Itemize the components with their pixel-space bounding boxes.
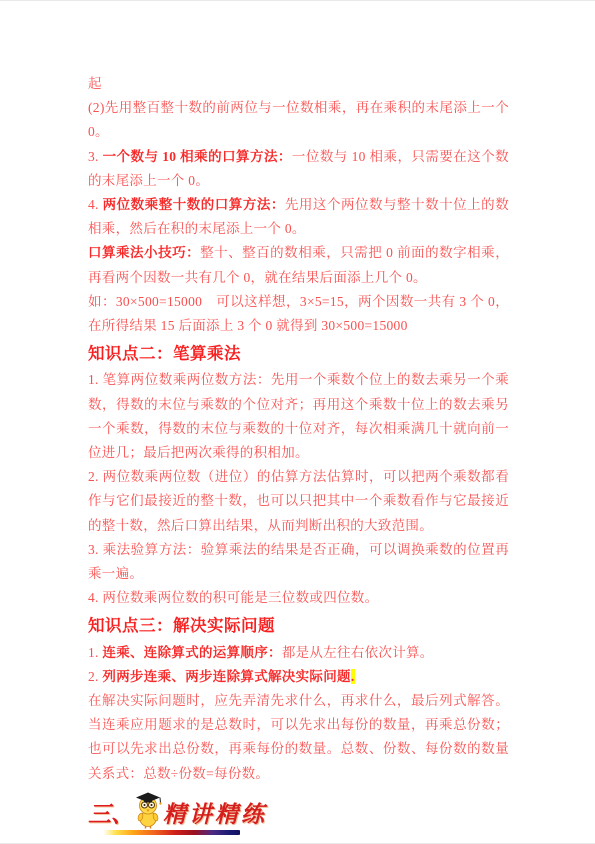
list-number: 3.	[88, 149, 103, 164]
section-banner: 三、	[88, 796, 240, 835]
paragraph-written-3: 3. 乘法验算方法：验算乘法的结果是否正确，可以调换乘数的位置再乘一遍。	[88, 538, 509, 586]
paragraph-rule-4: 4. 两位数乘整十数的口算方法：先用这个两位数与整十数十位上的数相乘，然后在积的…	[88, 193, 509, 241]
list-number: 4.	[88, 197, 103, 212]
rule-title: 两位数乘整十数的口算方法：	[103, 197, 285, 212]
paragraph-rule-2: (2)先用整百整十数的前两位与一位数相乘，再在乘积的末尾添上一个 0。	[88, 96, 509, 144]
text-run: 如：30×500=15000 可以这样想，3×5=15，两个因数一共有 3 个 …	[88, 294, 509, 333]
text-run: 1. 笔算两位数乘两位数方法：先用一个乘数个位上的数去乘另一个乘数，得数的末位与…	[88, 372, 509, 460]
text-run: (2)先用整百整十数的前两位与一位数相乘，再在乘积的末尾添上一个 0。	[88, 100, 509, 139]
text-run: 2. 两位数乘两位数（进位）的估算方法估算时，可以把两个乘数都看作与它们最接近的…	[88, 469, 509, 532]
rule-title: 连乘、连除算式的运算顺序：	[102, 645, 281, 660]
paragraph-solve-3: 在解决实际问题时，应先弄清先求什么，再求什么，最后列式解答。当连乘应用题求的是总…	[88, 689, 509, 786]
graduate-chick-icon	[135, 792, 162, 829]
text-run: 都是从左往右依次计算。	[282, 645, 434, 660]
paragraph-written-2: 2. 两位数乘两位数（进位）的估算方法估算时，可以把两个乘数都看作与它们最接近的…	[88, 465, 509, 538]
rule-title: 口算乘法小技巧：	[88, 245, 200, 260]
paragraph-continuation: 起	[88, 72, 509, 96]
paragraph-example: 如：30×500=15000 可以这样想，3×5=15，两个因数一共有 3 个 …	[88, 290, 509, 338]
section-heading-3: 知识点三：解决实际问题	[88, 614, 509, 638]
banner-section-number: 三、	[88, 796, 134, 829]
paragraph-tips: 口算乘法小技巧：整十、整百的数相乘，只需把 0 前面的数字相乘，再看两个因数一共…	[88, 241, 509, 289]
document-body: 起 (2)先用整百整十数的前两位与一位数相乘，再在乘积的末尾添上一个 0。 3.…	[88, 72, 509, 835]
banner-gradient-underline	[104, 830, 240, 835]
paragraph-written-4: 4. 两位数乘两位数的积可能是三位数或四位数。	[88, 586, 509, 610]
rule-title: 一个数与 10 相乘的口算方法：	[103, 149, 292, 164]
paragraph-solve-2: 2. 列两步连乘、两步连除算式解决实际问题.	[88, 665, 509, 689]
text-run: 3. 乘法验算方法：验算乘法的结果是否正确，可以调换乘数的位置再乘一遍。	[88, 542, 509, 581]
paragraph-rule-3: 3. 一个数与 10 相乘的口算方法：一位数与 10 相乘，只需要在这个数的末尾…	[88, 145, 509, 193]
rule-title: 列两步连乘、两步连除算式解决实际问题	[102, 669, 350, 684]
document-page: 起 (2)先用整百整十数的前两位与一位数相乘，再在乘积的末尾添上一个 0。 3.…	[0, 0, 595, 844]
list-number: 1.	[88, 645, 102, 660]
highlighted-period: .	[351, 669, 355, 684]
banner-title: 精讲精练	[163, 796, 267, 829]
list-number: 2.	[88, 669, 102, 684]
paragraph-solve-1: 1. 连乘、连除算式的运算顺序：都是从左往右依次计算。	[88, 641, 509, 665]
banner-row: 三、	[88, 796, 240, 829]
paragraph-written-1: 1. 笔算两位数乘两位数方法：先用一个乘数个位上的数去乘另一个乘数，得数的末位与…	[88, 368, 509, 465]
text-run: 在解决实际问题时，应先弄清先求什么，再求什么，最后列式解答。当连乘应用题求的是总…	[88, 693, 509, 781]
section-heading-2: 知识点二：笔算乘法	[88, 342, 509, 366]
text-run: 4. 两位数乘两位数的积可能是三位数或四位数。	[88, 590, 378, 605]
text-run: 起	[88, 76, 102, 91]
